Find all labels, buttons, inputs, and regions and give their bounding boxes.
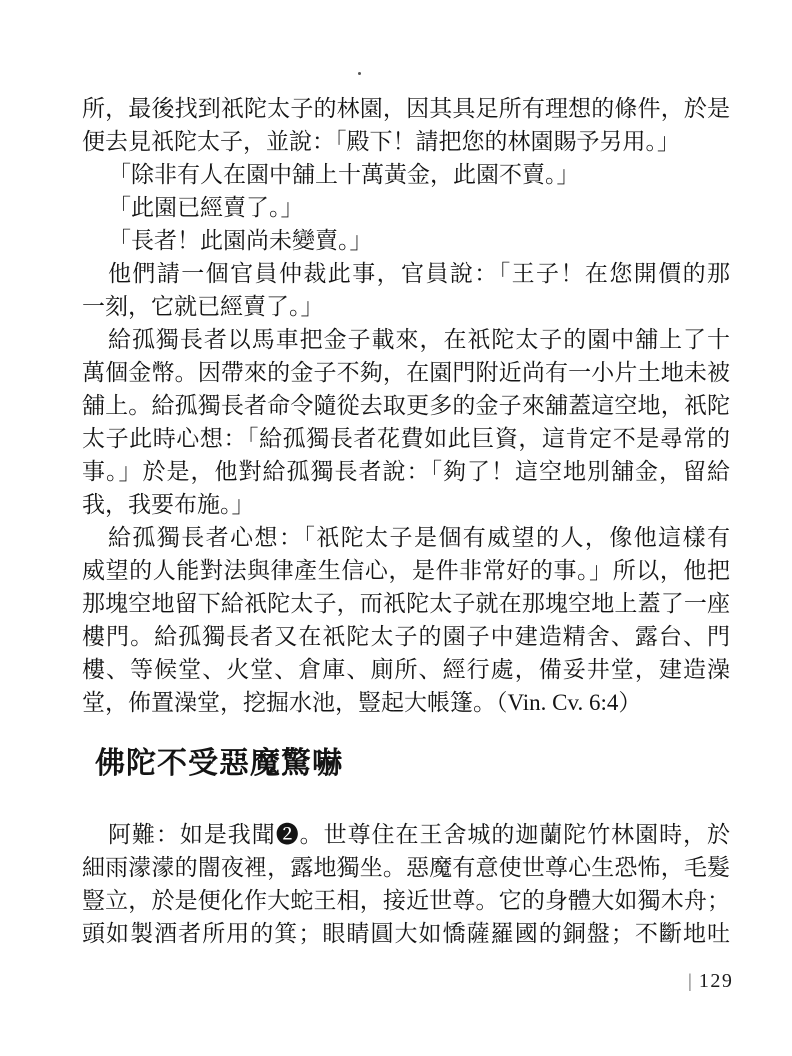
text-line: 事。」於是，他對給孤獨長者說：「夠了！這空地別舖金，留給 [82, 455, 730, 488]
page-footer: | 129 [688, 970, 733, 993]
text-line: 便去見祇陀太子，並說：「殿下！請把您的林園賜予另用。」 [82, 125, 730, 158]
text-line: 那塊空地留下給祇陀太子，而祇陀太子就在那塊空地上蓋了一座 [82, 587, 730, 620]
text-line: 萬個金幣。因帶來的金子不夠，在園門附近尚有一小片土地未被 [82, 356, 730, 389]
text-line: 給孤獨長者以馬車把金子載來，在祇陀太子的園中舖上了十 [82, 323, 730, 356]
body-text-block-2: 阿難：如是我聞❷。世尊住在王舍城的迦蘭陀竹林園時，於 細雨濛濛的闇夜裡，露地獨坐… [82, 818, 730, 950]
text-line: 「長者！此園尚未變賣。」 [82, 224, 730, 257]
section-heading: 佛陀不受惡魔驚嚇 [95, 744, 343, 784]
text-line: 豎立，於是便化作大蛇王相，接近世尊。它的身體大如獨木舟； [82, 884, 730, 917]
text-line: 「除非有人在園中舖上十萬黃金，此園不賣。」 [82, 158, 730, 191]
text-line: 細雨濛濛的闇夜裡，露地獨坐。惡魔有意使世尊心生恐怖，毛髮 [82, 851, 730, 884]
scan-speck [358, 72, 361, 75]
text-line: 一刻，它就已經賣了。」 [82, 290, 730, 323]
text-line: 樓、等候堂、火堂、倉庫、廁所、經行處，備妥井堂，建造澡 [82, 653, 730, 686]
text-line: 舖上。給孤獨長者命令隨從去取更多的金子來舖蓋這空地，祇陀 [82, 389, 730, 422]
page-number: 129 [699, 970, 734, 993]
text-line: 「此園已經賣了。」 [82, 191, 730, 224]
text-line: 太子此時心想：「給孤獨長者花費如此巨資，這肯定不是尋常的 [82, 422, 730, 455]
text-line: 所，最後找到祇陀太子的林園，因其具足所有理想的條件，於是 [82, 92, 730, 125]
text-line: 樓門。給孤獨長者又在祇陀太子的園子中建造精舍、露台、門 [82, 620, 730, 653]
body-text-block-1: 所，最後找到祇陀太子的林園，因其具足所有理想的條件，於是 便去見祇陀太子，並說：… [82, 92, 730, 719]
book-page: 所，最後找到祇陀太子的林園，因其具足所有理想的條件，於是 便去見祇陀太子，並說：… [0, 0, 792, 1056]
text-line: 堂，佈置澡堂，挖掘水池，豎起大帳篷。（Vin. Cv. 6:4） [82, 686, 730, 719]
text-line: 頭如製酒者所用的箕；眼睛圓大如憍薩羅國的銅盤；不斷地吐 [82, 917, 730, 950]
text-line: 阿難：如是我聞❷。世尊住在王舍城的迦蘭陀竹林園時，於 [82, 818, 730, 851]
text-line: 他們請一個官員仲裁此事，官員說：「王子！在您開價的那 [82, 257, 730, 290]
text-line: 我，我要布施。」 [82, 488, 730, 521]
page-number-divider: | [689, 971, 692, 993]
text-line: 威望的人能對法與律產生信心，是件非常好的事。」所以，他把 [82, 554, 730, 587]
text-line: 給孤獨長者心想：「祇陀太子是個有威望的人，像他這樣有 [82, 521, 730, 554]
